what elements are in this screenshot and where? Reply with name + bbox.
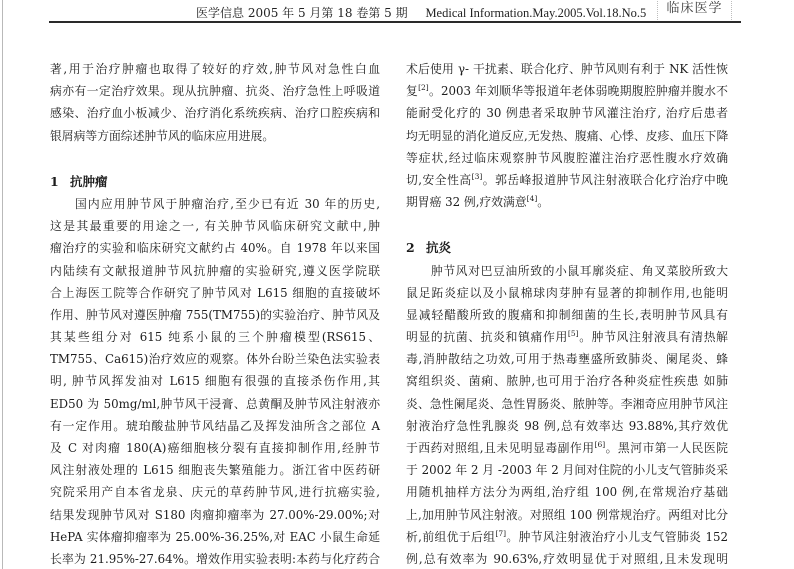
text-line: 均无明显的消化道反应,无发热、腹痛、心悸、皮疹、血压下降 <box>406 125 728 147</box>
line-text: 。2003 年刘顺华等报道年老体弱晚期腹腔肿瘤并腹水不 <box>429 84 728 98</box>
text-line: 术后使用 γ- 干扰素、联合化疗、肿节风则有利于 NK 活性恢 <box>406 58 728 80</box>
text-line: 内陆续有文献报道肿节风抗肿瘤的实验研究,遵义医学院联 <box>50 260 380 282</box>
line-text: 切,安全性高 <box>406 173 472 187</box>
line-text: 。肿节风注射液治疗小儿支气管肺炎 152 <box>506 530 728 544</box>
line-text: 于西药对照组,且未见明显毒副作用 <box>406 441 595 455</box>
text-line: 国内应用肿节风于肿瘤治疗,至少已有近 30 年的历史, <box>50 193 380 215</box>
text-line: 究院采用产自本省龙泉、庆元的草药肿节风,进行抗癌实验, <box>50 481 380 503</box>
section-number: 1 <box>50 171 59 193</box>
section-number: 2 <box>406 237 415 259</box>
text-line: 有一定作用。琥珀酸盐肿节风结晶乙及挥发油所含之部位 A <box>50 415 380 437</box>
citation-ref: [7] <box>495 529 506 538</box>
journal-issue-en: Medical Information.May.2005.Vol.18.No.5 <box>425 6 646 20</box>
text-line: 毒,消肿散结之功效,可用于热毒壅盛所致肺炎、阑尾炎、蜂 <box>406 348 728 370</box>
text-line: HePA 实体瘤抑瘤率为 25.00%-36.25%,对 EAC 小鼠生命延 <box>50 526 380 548</box>
left-column: 著,用于治疗肿瘤也取得了较好的疗效,肿节风对急性白血 病亦有一定治疗效果。现从抗… <box>50 58 380 569</box>
line-text: 。肿节风注射液具有清热解 <box>579 330 728 344</box>
line-text: 析,前组优于后组 <box>406 530 495 544</box>
section-heading-antitumor: 1 抗肿瘤 <box>50 171 380 193</box>
section-title: 抗肿瘤 <box>70 171 108 193</box>
text-line: 窝组织炎、菌痢、脓肿,也可用于治疗各种炎症性疾患 如肺 <box>406 370 728 392</box>
line-text: 。 <box>537 195 549 209</box>
text-line: 明, 肿节风挥发油对 L615 细胞有很强的直接杀伤作用,其 <box>50 370 380 392</box>
text-line: 等症状,经过临床观察肿节风腹腔灌注治疗恶性腹水疗效确 <box>406 147 728 169</box>
text-line: 作用、肿节风对遵医肿瘤 755(TM755)的实验治疗、肿节风及 <box>50 304 380 326</box>
text-line: 例,总有效率为 90.63%,疗效明显优于对照组,且未发现明 <box>406 548 728 569</box>
citation-ref: [2] <box>418 83 429 92</box>
text-line: 结果发现肿节风对 S180 肉瘤抑瘤率为 27.00%-29.00%;对 <box>50 504 380 526</box>
section-title: 抗炎 <box>426 237 451 259</box>
text-line: TM755、Ca615)治疗效应的观察。体外台盼兰染色法实验表 <box>50 348 380 370</box>
text-line: ED50 为 50mg/ml,肿节风干浸膏、总黄酮及肿节风注射液亦 <box>50 393 380 415</box>
text-line: 于西药对照组,且未见明显毒副作用[6]。黑河市第一人民医院 <box>406 437 728 459</box>
text-line: 著,用于治疗肿瘤也取得了较好的疗效,肿节风对急性白血 <box>50 58 380 80</box>
text-line: 用随机抽样方法分为两组,治疗组 100 例,在常规治疗基础 <box>406 481 728 503</box>
line-text: 。郭岳峰报道肿节风注射液联合化疗治疗中晚 <box>482 173 728 187</box>
line-text: 。黑河市第一人民医院 <box>605 441 728 455</box>
citation-ref: [6] <box>595 440 606 449</box>
text-line: 肿节风对巴豆油所致的小鼠耳廓炎症、角叉菜胶所致大 <box>406 260 728 282</box>
text-line: 上,加用肿节风注射液。对照组 100 例常规治疗。两组对比分 <box>406 504 728 526</box>
text-line: 瘤治疗的实验和临床研究文献约占 40%。自 1978 年以来国 <box>50 237 380 259</box>
text-line: 切,安全性高[3]。郭岳峰报道肿节风注射液联合化疗治疗中晚 <box>406 169 728 191</box>
citation-ref: [4] <box>527 194 538 203</box>
page-edge <box>2 0 3 569</box>
line-text: 复 <box>406 84 418 98</box>
text-line: 于 2002 年 2 月 -2003 年 2 月间对住院的小儿支气管肺炎采 <box>406 459 728 481</box>
text-line: 其某些组分对 615 纯系小鼠的三个肿瘤模型(RS615、 <box>50 326 380 348</box>
journal-issue-cn: 医学信息 2005 年 5 月第 18 卷第 5 期 <box>196 6 408 20</box>
text-line: 及 C 对肉瘤 180(A)癌细胞核分裂有直接抑制作用,经肿节 <box>50 437 380 459</box>
text-line: 明显的抗菌、抗炎和镇痛作用[5]。肿节风注射液具有清热解 <box>406 326 728 348</box>
right-column: 术后使用 γ- 干扰素、联合化疗、肿节风则有利于 NK 活性恢 复[2]。200… <box>406 58 728 569</box>
text-line: 炎、急性阑尾炎、急性胃肠炎、脓肿等。李湘奇应用肿节风注 <box>406 393 728 415</box>
text-line: 这是其最重要的用途之一, 有关肿节风临床研究文献中,肿 <box>50 215 380 237</box>
text-line: 合上海医工院等合作研究了肿节风对 L615 细胞的直接破坏 <box>50 282 380 304</box>
text-line: 复[2]。2003 年刘顺华等报道年老体弱晚期腹腔肿瘤并腹水不 <box>406 80 728 102</box>
text-line: 能耐受化疗的 30 例患者采取肿节风灌注治疗, 治疗后患者 <box>406 102 728 124</box>
text-line: 病亦有一定治疗效果。现从抗肿瘤、抗炎、治疗急性上呼吸道 <box>50 80 380 102</box>
text-line: 银屑病等方面综述肿节风的临床应用进展。 <box>50 125 380 147</box>
text-line: 鼠足跖炎症以及小鼠棉球肉芽肿有显著的抑制作用,也能明 <box>406 282 728 304</box>
citation-ref: [3] <box>472 172 483 181</box>
line-text: 明显的抗菌、抗炎和镇痛作用 <box>406 330 568 344</box>
line-text: 期胃癌 32 例,疗效满意 <box>406 195 527 209</box>
text-line: 射液治疗急性乳腺炎 98 例,总有效率达 93.88%,其疗效优 <box>406 415 728 437</box>
section-heading-anti-inflammatory: 2 抗炎 <box>406 237 728 259</box>
text-line: 感染、治疗血小板减少、治疗消化系统疾病、治疗口腔疾病和 <box>50 102 380 124</box>
text-line: 显减轻醋酸所致的腹痛和抑制细菌的生长,表明肿节风具有 <box>406 304 728 326</box>
section-tag: 临床医学 <box>657 0 732 20</box>
text-line: 期胃癌 32 例,疗效满意[4]。 <box>406 191 728 213</box>
header-rule <box>49 21 741 23</box>
running-head: 医学信息 2005 年 5 月第 18 卷第 5 期 Medical Infor… <box>196 5 646 21</box>
text-line: 风注射液处理的 L615 细胞丧失繁殖能力。浙江省中医药研 <box>50 459 380 481</box>
text-line: 长率为 21.95%-27.64%。增效作用实验表明:本药与化疗药合 <box>50 548 380 569</box>
citation-ref: [5] <box>568 329 579 338</box>
text-line: 析,前组优于后组[7]。肿节风注射液治疗小儿支气管肺炎 152 <box>406 526 728 548</box>
